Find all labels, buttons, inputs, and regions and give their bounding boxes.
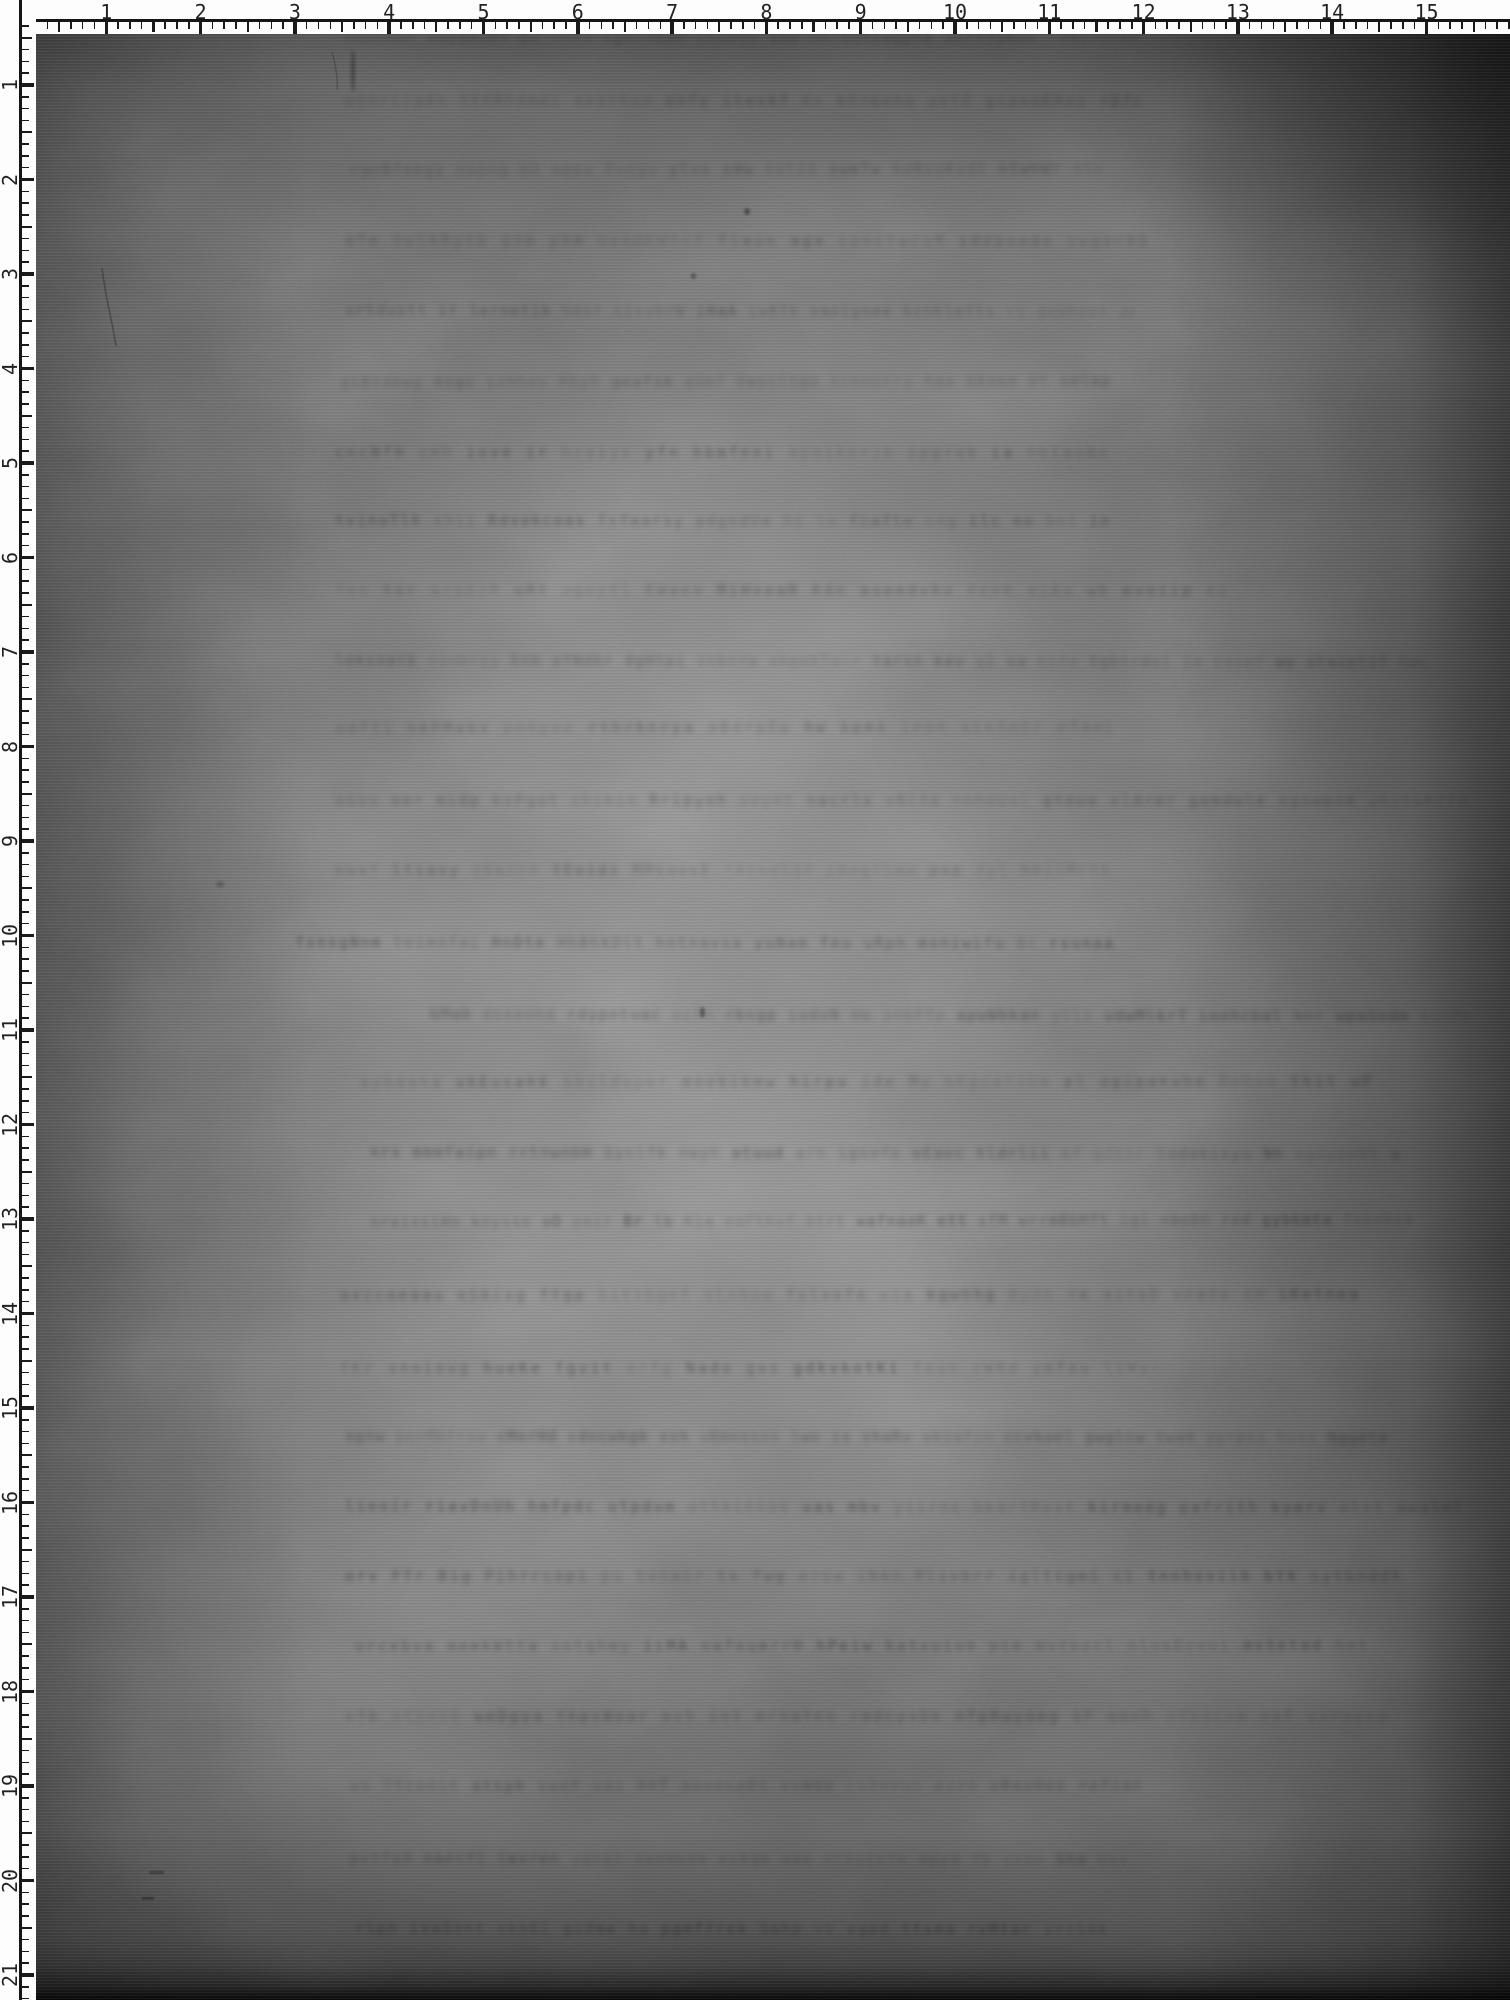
ruler-tick bbox=[235, 21, 237, 29]
ruler-tick bbox=[21, 533, 29, 535]
ruler-tick bbox=[21, 285, 29, 287]
scanned-document-photo: ksienmK eeeoayDf ev rrts ignrcbmm ykooyo… bbox=[0, 0, 1510, 2000]
ruler-tick bbox=[21, 592, 29, 594]
ruler-tick bbox=[21, 1206, 29, 1208]
ruler-tick bbox=[683, 21, 685, 29]
ruler-tick bbox=[21, 1939, 29, 1941]
ruler-tick bbox=[21, 1028, 34, 1032]
ruler-tick bbox=[21, 49, 29, 51]
ruler-tick bbox=[21, 639, 29, 641]
ruler-tick bbox=[742, 21, 744, 29]
ruler-tick bbox=[21, 745, 34, 749]
ruler-tick bbox=[21, 83, 34, 87]
ruler-tick bbox=[21, 545, 29, 547]
ruler-tick bbox=[435, 21, 437, 32]
ruler-left-label-4: 4 bbox=[0, 362, 22, 374]
ruler-tick bbox=[1261, 21, 1263, 29]
ruler-left-label-7: 7 bbox=[0, 646, 22, 658]
ruler-tick bbox=[21, 994, 29, 996]
ruler-left: 123456789101112131415161718192021 bbox=[0, 0, 36, 2000]
ruler-tick bbox=[1449, 21, 1451, 29]
ruler-tick bbox=[21, 1821, 29, 1823]
ruler-tick bbox=[21, 37, 32, 39]
ruler-tick bbox=[21, 1856, 29, 1858]
ruler-tick bbox=[21, 1147, 29, 1149]
ruler-tick bbox=[21, 1195, 29, 1197]
ruler-tick bbox=[884, 21, 886, 29]
ruler-tick bbox=[21, 1927, 32, 1929]
ruler-tick bbox=[21, 96, 29, 98]
ruler-tick bbox=[259, 21, 261, 29]
ruler-tick bbox=[21, 155, 29, 157]
ruler-tick bbox=[21, 934, 34, 938]
ruler-tick bbox=[21, 1065, 29, 1067]
ruler-tick bbox=[21, 839, 34, 843]
ruler-left-label-18: 18 bbox=[0, 1679, 22, 1703]
ruler-tick bbox=[1084, 21, 1086, 29]
ruler-tick bbox=[648, 21, 650, 29]
ruler-tick bbox=[21, 1915, 29, 1917]
ruler-tick bbox=[990, 21, 992, 29]
ruler-tick bbox=[471, 21, 473, 29]
ruler-tick bbox=[21, 167, 29, 169]
ruler-tick bbox=[21, 1844, 29, 1846]
ruler-tick bbox=[21, 427, 29, 429]
ruler-tick bbox=[1367, 21, 1369, 29]
ruler-tick bbox=[21, 380, 29, 382]
ruler-tick bbox=[660, 21, 662, 29]
ruler-tick bbox=[1273, 21, 1275, 29]
ruler-tick bbox=[21, 1595, 34, 1599]
ruler-tick bbox=[542, 21, 544, 29]
ruler-tick bbox=[1473, 21, 1475, 32]
ruler-tick bbox=[58, 21, 60, 32]
ruler-tick bbox=[21, 1395, 29, 1397]
ruler-left-label-16: 16 bbox=[0, 1490, 22, 1514]
ruler-tick bbox=[353, 21, 355, 29]
ruler-tick bbox=[21, 1325, 29, 1327]
ruler-tick bbox=[21, 1123, 34, 1127]
ruler-tick bbox=[1214, 21, 1216, 29]
ruler-tick bbox=[21, 1679, 29, 1681]
ruler-tick bbox=[895, 21, 897, 29]
ruler-tick bbox=[1402, 21, 1404, 29]
ruler-tick bbox=[21, 769, 29, 771]
ruler-tick bbox=[21, 1773, 29, 1775]
paper-speck bbox=[691, 273, 696, 279]
ruler-tick bbox=[21, 1312, 34, 1316]
ruler-tick bbox=[141, 21, 143, 29]
ruler-tick bbox=[21, 1879, 34, 1883]
ruler-tick bbox=[21, 1738, 32, 1740]
ruler-tick bbox=[21, 722, 29, 724]
ruler-left-label-11: 11 bbox=[0, 1018, 22, 1042]
ruler-tick bbox=[21, 1986, 29, 1988]
ruler-tick bbox=[424, 21, 426, 29]
ruler-tick bbox=[21, 947, 29, 949]
ruler-tick bbox=[1378, 21, 1380, 32]
ruler-tick bbox=[21, 1537, 29, 1539]
ruler-left-label-8: 8 bbox=[0, 740, 22, 752]
ruler-tick bbox=[21, 250, 29, 252]
ruler-tick bbox=[21, 1573, 29, 1575]
ruler-tick bbox=[21, 439, 29, 441]
ruler-tick bbox=[1485, 21, 1487, 29]
ruler-tick bbox=[21, 1514, 29, 1516]
ruler-tick bbox=[21, 1006, 29, 1008]
ruler-tick bbox=[21, 1655, 29, 1657]
ruler-tick bbox=[21, 1230, 29, 1232]
ruler-tick bbox=[21, 1242, 29, 1244]
paper-speck bbox=[744, 208, 750, 215]
ruler-tick bbox=[21, 1643, 32, 1645]
ruler-tick bbox=[707, 21, 709, 29]
ruler-tick bbox=[21, 1041, 29, 1043]
ruler-left-label-5: 5 bbox=[0, 457, 22, 469]
ruler-top-label-3: 3 bbox=[289, 0, 301, 24]
ruler-tick bbox=[21, 1667, 29, 1669]
ruler-tick bbox=[21, 1501, 34, 1505]
ruler-top-label-11: 11 bbox=[1037, 0, 1061, 24]
ruler-tick bbox=[21, 1088, 29, 1090]
ruler-tick bbox=[164, 21, 166, 29]
ruler-tick bbox=[21, 238, 29, 240]
ruler-tick bbox=[801, 21, 803, 29]
ruler-tick bbox=[636, 21, 638, 29]
ruler-tick bbox=[21, 474, 29, 476]
ruler-tick bbox=[21, 828, 29, 830]
ruler-tick bbox=[1461, 21, 1463, 29]
ruler-tick bbox=[21, 970, 29, 972]
ruler-tick bbox=[506, 21, 508, 29]
ruler-top-label-9: 9 bbox=[855, 0, 867, 24]
ruler-tick bbox=[21, 486, 29, 488]
ruler-tick bbox=[21, 793, 32, 795]
ruler-tick bbox=[21, 1053, 29, 1055]
ruler-tick bbox=[447, 21, 449, 29]
ruler-tick bbox=[21, 1112, 29, 1114]
ruler-left-label-19: 19 bbox=[0, 1774, 22, 1798]
ruler-tick bbox=[1119, 21, 1121, 29]
ruler-tick bbox=[21, 710, 29, 712]
ruler-tick bbox=[1190, 21, 1192, 32]
ruler-tick bbox=[21, 1443, 29, 1445]
ruler-tick bbox=[21, 226, 32, 228]
ruler-tick bbox=[21, 61, 29, 63]
ruler-tick bbox=[21, 1360, 32, 1362]
ruler-top-label-15: 15 bbox=[1414, 0, 1438, 24]
ruler-tick bbox=[21, 1289, 29, 1291]
ruler-left-label-3: 3 bbox=[0, 268, 22, 280]
ruler-tick bbox=[825, 21, 827, 29]
ruler-left-label-12: 12 bbox=[0, 1112, 22, 1136]
ruler-tick bbox=[21, 569, 29, 571]
ruler-top-label-14: 14 bbox=[1320, 0, 1344, 24]
ruler-tick bbox=[1296, 21, 1298, 29]
ruler-tick bbox=[21, 1892, 29, 1894]
ruler-tick bbox=[21, 1549, 32, 1551]
ruler-left-label-2: 2 bbox=[0, 173, 22, 185]
ruler-tick bbox=[21, 650, 34, 654]
ruler-tick bbox=[377, 21, 379, 29]
ruler-tick bbox=[21, 1466, 29, 1468]
ruler-tick bbox=[624, 21, 626, 32]
ruler-tick bbox=[21, 261, 29, 263]
ruler-tick bbox=[21, 498, 29, 500]
ruler-tick bbox=[21, 1750, 29, 1752]
ruler-tick bbox=[21, 1478, 29, 1480]
ruler-tick bbox=[282, 21, 284, 29]
ruler-left-label-21: 21 bbox=[0, 1963, 22, 1987]
ruler-tick bbox=[21, 1171, 32, 1173]
ruler-tick bbox=[21, 1726, 29, 1728]
ruler-tick bbox=[21, 864, 29, 866]
ruler-tick bbox=[47, 21, 49, 29]
paper-speck bbox=[142, 1897, 154, 1900]
ruler-tick bbox=[365, 21, 367, 29]
ruler-tick bbox=[21, 214, 29, 216]
ruler-tick bbox=[21, 1809, 29, 1811]
ruler-tick bbox=[21, 628, 29, 630]
ruler-tick bbox=[223, 21, 225, 29]
paper-speck bbox=[149, 1871, 164, 1874]
ruler-tick bbox=[21, 344, 29, 346]
ruler-tick bbox=[21, 1100, 29, 1102]
ruler-top-label-4: 4 bbox=[383, 0, 395, 24]
ruler-tick bbox=[21, 1868, 29, 1870]
scratch-mark bbox=[102, 268, 116, 346]
ruler-tick bbox=[718, 21, 720, 32]
ruler-tick bbox=[21, 108, 29, 110]
ruler-tick bbox=[21, 1490, 29, 1492]
ruler-tick bbox=[21, 202, 29, 204]
ruler-tick bbox=[21, 1265, 32, 1267]
paper-speck bbox=[351, 50, 355, 92]
ruler-tick bbox=[21, 1384, 29, 1386]
ruler-top-label-5: 5 bbox=[477, 0, 489, 24]
ruler-tick bbox=[1355, 21, 1357, 29]
ruler-tick bbox=[176, 21, 178, 29]
ruler-top-label-12: 12 bbox=[1132, 0, 1156, 24]
ruler-tick bbox=[907, 21, 909, 32]
ruler-tick bbox=[21, 178, 34, 182]
ruler-tick bbox=[1308, 21, 1310, 29]
ruler-tick bbox=[21, 1714, 29, 1716]
ruler-tick bbox=[21, 25, 29, 27]
ruler-tick bbox=[21, 698, 32, 700]
ruler-tick bbox=[152, 21, 154, 32]
ruler-tick bbox=[21, 758, 29, 760]
ruler-tick bbox=[21, 143, 29, 145]
ruler-tick bbox=[21, 852, 29, 854]
ruler-tick bbox=[21, 509, 32, 511]
ruler-tick bbox=[21, 1620, 29, 1622]
ruler-tick bbox=[21, 403, 29, 405]
ruler-tick bbox=[21, 675, 29, 677]
ruler-tick bbox=[21, 1962, 29, 1964]
ruler-tick bbox=[21, 1348, 29, 1350]
ruler-tick bbox=[565, 21, 567, 29]
ruler-tick bbox=[21, 616, 29, 618]
ruler-top-label-2: 2 bbox=[195, 0, 207, 24]
ruler-tick bbox=[21, 982, 32, 984]
ruler-tick bbox=[589, 21, 591, 29]
ruler-top-label-1: 1 bbox=[100, 0, 112, 24]
ruler-tick bbox=[129, 21, 131, 29]
ruler-tick bbox=[1025, 21, 1027, 29]
ruler-tick bbox=[21, 1998, 29, 2000]
ruler-tick bbox=[21, 415, 32, 417]
ruler-tick bbox=[82, 21, 84, 29]
ruler-tick bbox=[21, 604, 32, 606]
ruler-top-label-7: 7 bbox=[666, 0, 678, 24]
ruler-left-label-15: 15 bbox=[0, 1396, 22, 1420]
ruler-tick bbox=[931, 21, 933, 29]
ruler-tick bbox=[21, 1784, 34, 1788]
ruler-tick bbox=[212, 21, 214, 29]
ruler-left-label-14: 14 bbox=[0, 1301, 22, 1325]
ruler-tick bbox=[919, 21, 921, 29]
ruler-top-label-13: 13 bbox=[1226, 0, 1250, 24]
ruler-tick bbox=[21, 461, 34, 465]
ruler-tick bbox=[21, 781, 29, 783]
ruler-tick bbox=[21, 1525, 29, 1527]
ruler-tick bbox=[21, 1797, 29, 1799]
ruler-tick bbox=[21, 1017, 29, 1019]
ruler-top-label-10: 10 bbox=[943, 0, 967, 24]
ruler-tick bbox=[1178, 21, 1180, 29]
ruler-tick bbox=[412, 21, 414, 29]
ruler-tick bbox=[459, 21, 461, 29]
ruler-tick bbox=[271, 21, 273, 29]
ruler-tick bbox=[21, 120, 29, 122]
ruler-tick bbox=[330, 21, 332, 29]
ruler-tick bbox=[21, 297, 29, 299]
ruler-tick bbox=[21, 1372, 29, 1374]
ruler-tick bbox=[21, 887, 32, 889]
ruler-tick bbox=[21, 191, 29, 193]
ruler-tick bbox=[21, 72, 29, 74]
ruler-tick bbox=[553, 21, 555, 29]
ruler-tick bbox=[812, 21, 814, 32]
ruler-tick bbox=[695, 21, 697, 29]
ruler-tick bbox=[21, 332, 29, 334]
ruler-tick bbox=[1095, 21, 1097, 32]
paper-speck bbox=[700, 1007, 705, 1018]
ruler-tick bbox=[21, 1690, 34, 1694]
ruler-tick bbox=[518, 21, 520, 29]
ruler-tick bbox=[94, 21, 96, 29]
ruler-tick bbox=[21, 1584, 29, 1586]
ruler-tick bbox=[1166, 21, 1168, 29]
ruler-tick bbox=[21, 356, 29, 358]
ruler-tick bbox=[495, 21, 497, 29]
scratch-mark bbox=[332, 52, 337, 90]
ruler-tick bbox=[730, 21, 732, 29]
ruler-tick bbox=[21, 320, 32, 322]
ruler-tick bbox=[21, 1903, 29, 1905]
ruler-tick bbox=[21, 1254, 29, 1256]
ruler-tick bbox=[601, 21, 603, 29]
ruler-tick bbox=[341, 21, 343, 32]
ruler-tick bbox=[21, 1762, 29, 1764]
ruler-top: 012345678910111213141516 bbox=[0, 0, 1510, 34]
ruler-left-label-10: 10 bbox=[0, 923, 22, 947]
ruler-tick bbox=[21, 1217, 34, 1221]
ruler-tick bbox=[21, 1076, 32, 1078]
ruler-tick bbox=[1107, 21, 1109, 29]
ruler-tick bbox=[117, 21, 119, 29]
document-page: ksienmK eeeoayDf ev rrts ignrcbmm ykooyo… bbox=[0, 0, 1510, 2000]
ruler-left-label-13: 13 bbox=[0, 1207, 22, 1231]
ruler-tick bbox=[836, 21, 838, 29]
ruler-tick bbox=[21, 805, 29, 807]
ruler-tick bbox=[21, 958, 29, 960]
stains-and-marks bbox=[0, 0, 1510, 2000]
ruler-tick bbox=[188, 21, 190, 29]
ruler-tick bbox=[21, 272, 34, 276]
ruler-tick bbox=[21, 1431, 29, 1433]
ruler-tick bbox=[306, 21, 308, 29]
ruler-tick bbox=[21, 663, 29, 665]
ruler-tick bbox=[21, 1454, 32, 1456]
ruler-left-label-20: 20 bbox=[0, 1868, 22, 1892]
ruler-tick bbox=[70, 21, 72, 29]
ruler-tick bbox=[21, 1406, 34, 1410]
ruler-left-label-9: 9 bbox=[0, 835, 22, 847]
ruler-tick bbox=[1390, 21, 1392, 29]
ruler-tick bbox=[530, 21, 532, 32]
ruler-tick bbox=[1013, 21, 1015, 29]
ruler-tick bbox=[21, 309, 29, 311]
ruler-tick bbox=[1202, 21, 1204, 29]
ruler-tick bbox=[848, 21, 850, 29]
ruler-tick bbox=[21, 1608, 29, 1610]
ruler-tick bbox=[978, 21, 980, 29]
ruler-tick bbox=[777, 21, 779, 29]
ruler-tick bbox=[754, 21, 756, 29]
ruler-tick bbox=[400, 21, 402, 29]
ruler-tick bbox=[21, 687, 29, 689]
ruler-tick bbox=[21, 556, 34, 560]
ruler-left-label-1: 1 bbox=[0, 79, 22, 91]
ruler-top-label-8: 8 bbox=[760, 0, 772, 24]
ruler-tick bbox=[21, 1632, 29, 1634]
ruler-left-label-17: 17 bbox=[0, 1585, 22, 1609]
ruler-tick bbox=[21, 1703, 29, 1705]
ruler-tick bbox=[21, 131, 32, 133]
ruler-tick bbox=[247, 21, 249, 32]
ruler-tick bbox=[1284, 21, 1286, 32]
ruler-tick bbox=[21, 876, 29, 878]
ruler-tick bbox=[21, 1183, 29, 1185]
ruler-tick bbox=[21, 391, 29, 393]
ruler-tick bbox=[21, 911, 29, 913]
ruler-tick bbox=[872, 21, 874, 29]
ruler-tick bbox=[789, 21, 791, 29]
ruler-tick bbox=[21, 817, 29, 819]
ruler-tick bbox=[1072, 21, 1074, 29]
ruler-tick bbox=[21, 1832, 32, 1834]
ruler-left-label-6: 6 bbox=[0, 551, 22, 563]
ruler-tick bbox=[21, 1336, 29, 1338]
ruler-tick bbox=[21, 521, 29, 523]
ruler-tick bbox=[21, 899, 29, 901]
ruler-tick bbox=[21, 734, 29, 736]
ruler-tick bbox=[612, 21, 614, 29]
ruler-tick bbox=[318, 21, 320, 29]
ruler-tick bbox=[21, 580, 29, 582]
